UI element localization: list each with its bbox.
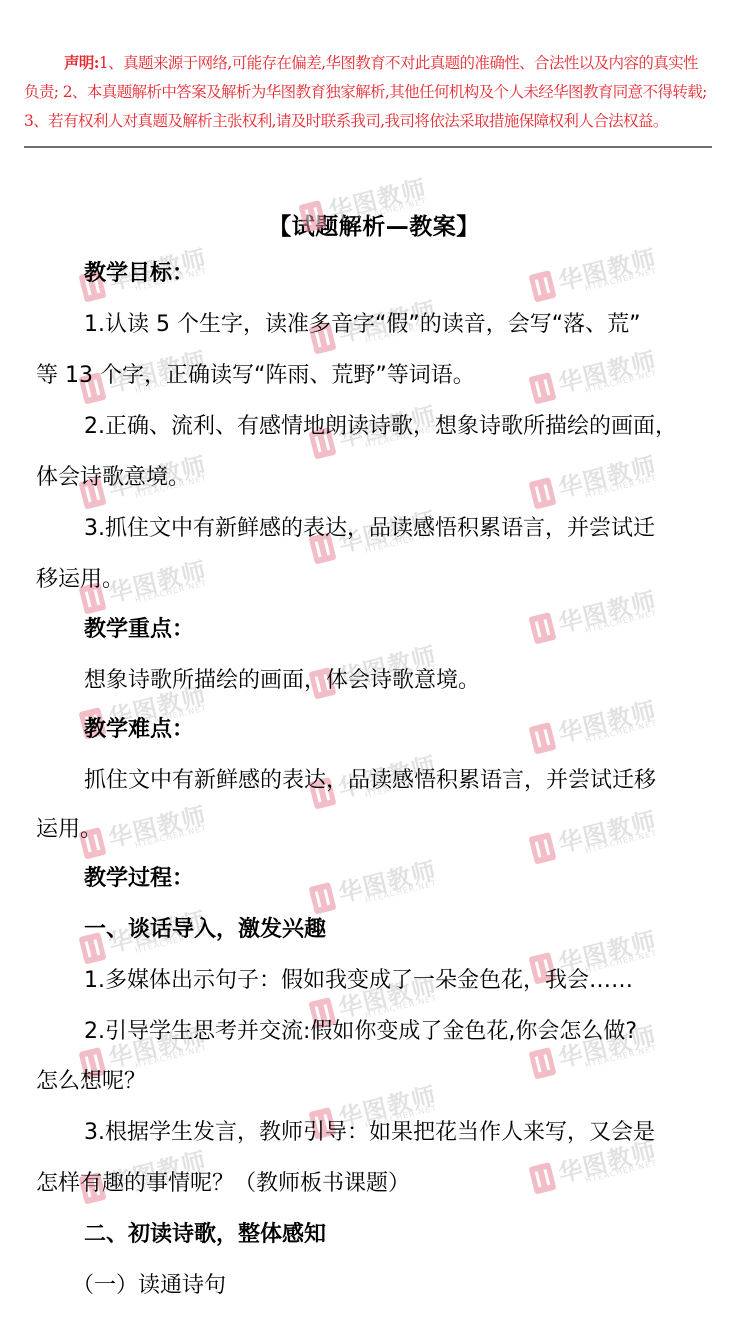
difficulties-line-1: 抓住文中有新鲜感的表达，品读感悟积累语言，并尝试迁移 <box>84 767 656 795</box>
watermark: 华图教师HTEACHER.NET <box>526 232 674 314</box>
watermark: 华图教师HTEACHER.NET <box>526 794 674 876</box>
watermark-logo-icon <box>528 832 556 864</box>
goal-2-line-1: 2.正确、流利、有感情地朗读诗歌，想象诗歌所描绘的画面， <box>84 413 677 441</box>
watermark-logo-icon <box>528 477 556 509</box>
key-points-text: 想象诗歌所描绘的画面，体会诗歌意境。 <box>84 667 480 695</box>
step-2-subheading: （一）读通诗句 <box>72 1272 226 1300</box>
watermark-logo-icon <box>528 270 556 302</box>
watermark: 华图教师HTEACHER.NET <box>306 844 454 926</box>
heading-teaching-process: 教学过程： <box>84 865 194 893</box>
disclaimer-text: 1、真题来源于网络,可能存在偏差,华图教育不对此真题的准确性、合法性以及内容的真… <box>24 54 707 130</box>
step-1-item-1: 1.多媒体出示句子：假如我变成了一朵金色花，我会…… <box>84 967 633 995</box>
goal-1-line-2: 等 13 个字，正确读写“阵雨、荒野”等词语。 <box>36 362 475 390</box>
heading-teaching-goals: 教学目标： <box>84 260 194 288</box>
step-1-item-3-line-2: 怎样有趣的事情呢？（教师板书课题） <box>36 1170 410 1198</box>
step-1-item-2-line-1: 2.引导学生思考并交流:假如你变成了金色花,你会怎么做? <box>84 1018 637 1046</box>
heading-step-2: 二、初读诗歌，整体感知 <box>84 1221 326 1249</box>
watermark-logo-icon <box>528 372 556 404</box>
goal-2-line-2: 体会诗歌意境。 <box>36 464 190 492</box>
step-1-item-3-line-1: 3.根据学生发言，教师引导：如果把花当作人来写，又会是 <box>84 1119 655 1147</box>
heading-step-1: 一、谈话导入，激发兴趣 <box>84 916 326 944</box>
heading-key-points: 教学重点： <box>84 616 194 644</box>
goal-3-line-1: 3.抓住文中有新鲜感的表达，品读感悟积累语言，并尝试迁 <box>84 515 655 543</box>
watermark: 华图教师HTEACHER.NET <box>526 439 674 521</box>
watermark-logo-icon <box>308 882 336 914</box>
watermark: 华图教师HTEACHER.NET <box>526 574 674 656</box>
divider <box>24 146 712 148</box>
goal-1-line-1: 1.认读 5 个生字，读准多音字“假”的读音，会写“落、荒” <box>84 311 641 339</box>
goal-3-line-2: 移运用。 <box>36 566 124 594</box>
watermark-logo-icon <box>528 612 556 644</box>
watermark-logo-icon <box>528 1162 556 1194</box>
watermark: 华图教师HTEACHER.NET <box>526 334 674 416</box>
document-title: 【试题解析—教案】 <box>0 208 748 241</box>
step-1-item-2-line-2: 怎么想呢？ <box>36 1068 146 1096</box>
watermark-logo-icon <box>528 722 556 754</box>
heading-difficulties: 教学难点： <box>84 716 194 744</box>
watermark-logo-icon <box>528 1047 556 1079</box>
disclaimer-lead: 声明: <box>64 53 99 72</box>
difficulties-line-2: 运用。 <box>36 816 102 844</box>
watermark: 华图教师HTEACHER.NET <box>526 684 674 766</box>
disclaimer: 声明:1、真题来源于网络,可能存在偏差,华图教育不对此真题的准确性、合法性以及内… <box>24 48 712 136</box>
